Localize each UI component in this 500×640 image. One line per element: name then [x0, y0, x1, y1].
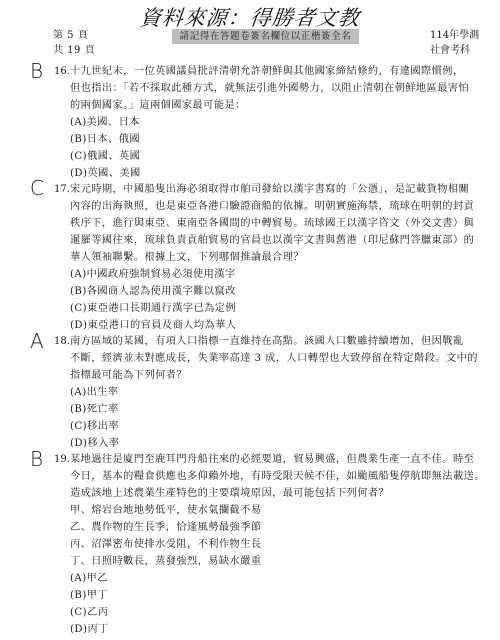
- option-a: (A)出生率: [70, 384, 480, 401]
- question-number: 19.: [54, 451, 70, 468]
- exam-info: 114年學測 社會考科: [430, 28, 479, 58]
- question-number: 16.: [54, 63, 70, 80]
- option-a: (A)美國、日本: [70, 114, 480, 131]
- statement-yi: 乙、農作物的生長季，恰逢風勢最強季節: [70, 519, 480, 536]
- question-number: 18.: [54, 333, 70, 350]
- question-text-line: 宋元時期，中國船隻出海必須取得市舶司發給以漢字書寫的「公憑」，是記載貨物相關: [70, 181, 480, 198]
- option-d: (D)移入率: [70, 435, 480, 452]
- option-c: (C)俄國、英國: [70, 148, 480, 165]
- question-text-line: 的兩個國家。」這兩個國家最可能是：: [70, 97, 480, 114]
- question-text-line: 不斷，經濟並未對應成長，失業率高達 3 成，人口轉型也大致停留在特定階段。文中的: [70, 350, 480, 367]
- option-d: (D)英國、美國: [70, 165, 480, 182]
- option-b: (B)各國商人認為使用漢字難以竄改: [70, 283, 480, 300]
- option-b: (B)日本、俄國: [70, 131, 480, 148]
- question-text-line: 十九世紀末，一位英國議員批評清朝允許朝鮮與其他國家締結條約，有違國際慣例，: [70, 63, 480, 80]
- exam-subject: 社會考科: [430, 43, 479, 58]
- question-body: 南方區域的某國，有項人口指標一直維持在高點。該國人口數雖持續增加，但因戰亂 不斷…: [70, 333, 480, 452]
- option-b: (B)甲丁: [70, 587, 480, 604]
- option-b: (B)死亡率: [70, 401, 480, 418]
- handwritten-answer: A: [30, 331, 44, 351]
- question-text-line: 秩序下，進行與東亞、東南亞各國間的中轉貿易。琉球國王以漢字咨文（外交文書）與: [70, 215, 480, 232]
- page-number: 第 5 頁: [53, 28, 95, 43]
- question-text-line: 指標最可能為下列何者？: [70, 367, 480, 384]
- option-d: (D)丙丁: [70, 621, 480, 638]
- question-text-line: 暹羅等國往來，琉球負責貢舶貿易的官員也以漢字文書與舊港（印尼蘇門答臘東部）的: [70, 232, 480, 249]
- question-text-line: 某地過往是廈門至鹿耳門舟船往來的必經要道，貿易興盛，但農業生產一直不佳。時至: [70, 451, 480, 468]
- question-text-line: 內容的出海執照，也是東亞各港口驗證商船的依據。明朝實施海禁，琉球在明朝的封貢: [70, 198, 480, 215]
- question-body: 十九世紀末，一位英國議員批評清朝允許朝鮮與其他國家締結條約，有違國際慣例， 但也…: [70, 63, 480, 182]
- statement-bing: 丙、沼澤密布使排水受阻，不利作物生長: [70, 536, 480, 553]
- option-a: (A)甲乙: [70, 570, 480, 587]
- page-total: 共 19 頁: [53, 43, 95, 58]
- handwritten-answer: B: [30, 61, 43, 81]
- option-c: (C)乙丙: [70, 604, 480, 621]
- option-d: (D)東亞港口的官員及商人均為華人: [70, 317, 480, 334]
- exam-title: 114年學測: [430, 28, 479, 43]
- question-text-line: 華人領袖聯繫。根據上文，下列哪個推論最合理？: [70, 249, 480, 266]
- statement-ding: 丁、日照時數長，蒸發強烈，易缺水嚴重: [70, 553, 480, 570]
- handwritten-answer: B: [30, 449, 43, 469]
- signature-notice: 請記得在答題卷簽名欄位以正楷簽全名: [172, 29, 359, 44]
- page-info: 第 5 頁 共 19 頁: [53, 28, 95, 58]
- question-text-line: 今日，基本的糧食供應也多仰賴外地，有時受限天候不佳，如颱風船隻停航即無法載送。: [70, 468, 480, 485]
- option-a: (A)中國政府強制貿易必須使用漢字: [70, 266, 480, 283]
- handwritten-answer: C: [30, 178, 44, 198]
- question-text-line: 造成該地上述農業生產特色的主要環境原因，最可能包括下列何者？: [70, 485, 480, 502]
- question-text-line: 但也指出：「若不採取此種方式，就無法引進外國勢力，以阻止清朝在朝鮮地區最害怕: [70, 80, 480, 97]
- question-text-line: 南方區域的某國，有項人口指標一直維持在高點。該國人口數雖持續增加，但因戰亂: [70, 333, 480, 350]
- question-number: 17.: [54, 181, 70, 198]
- statement-jia: 甲、熔岩台地地勢低平，使水氣攔截不易: [70, 502, 480, 519]
- option-c: (C)東亞港口長期通行漢字已為定例: [70, 300, 480, 317]
- question-body: 某地過往是廈門至鹿耳門舟船往來的必經要道，貿易興盛，但農業生產一直不佳。時至 今…: [70, 451, 480, 638]
- question-body: 宋元時期，中國船隻出海必須取得市舶司發給以漢字書寫的「公憑」，是記載貨物相關 內…: [70, 181, 480, 334]
- option-c: (C)移出率: [70, 418, 480, 435]
